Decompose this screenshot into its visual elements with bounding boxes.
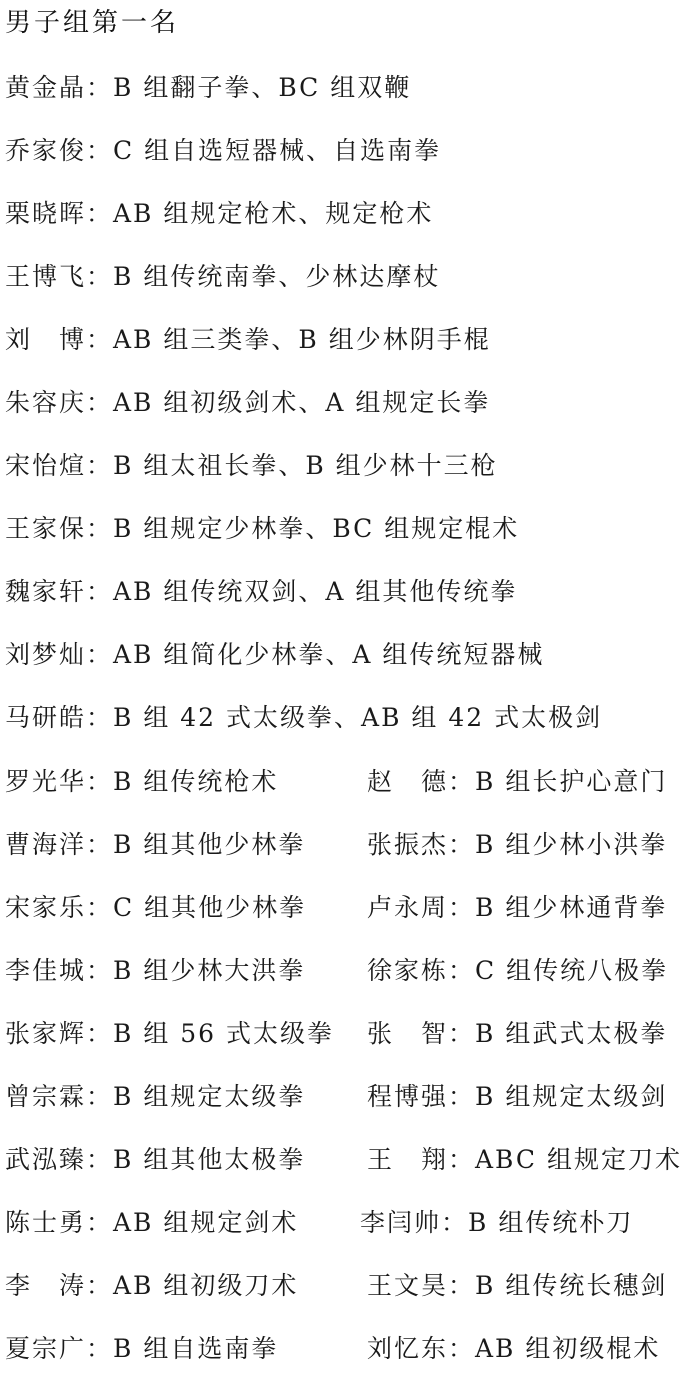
result-left: 李佳城：B 组少林大洪拳	[5, 954, 305, 988]
result-line: 栗晓晖：AB 组规定枪术、规定枪术	[5, 197, 433, 231]
result-line: 朱容庆：AB 组初级剑术、A 组规定长拳	[5, 386, 490, 420]
result-row: 张家辉：B 组 56 式太级拳 张 智：B 组武式太极拳	[0, 1017, 700, 1051]
result-right: 程博强：B 组规定太级剑	[367, 1080, 667, 1114]
result-left: 罗光华：B 组传统枪术	[5, 765, 278, 799]
result-row: 曾宗霖：B 组规定太级拳 程博强：B 组规定太级剑	[0, 1080, 700, 1114]
result-line: 黄金晶：B 组翻子拳、BC 组双鞭	[5, 71, 411, 105]
result-left: 曾宗霖：B 组规定太级拳	[5, 1080, 305, 1114]
result-row: 李 涛：AB 组初级刀术 王文昊：B 组传统长穗剑	[0, 1269, 700, 1303]
result-line: 王博飞：B 组传统南拳、少林达摩杖	[5, 260, 440, 294]
result-left: 陈士勇：AB 组规定剑术	[5, 1206, 298, 1240]
result-line: 乔家俊：C 组自选短器械、自选南拳	[5, 134, 441, 168]
result-left: 武泓臻：B 组其他太极拳	[5, 1143, 305, 1177]
result-left: 张家辉：B 组 56 式太级拳	[5, 1017, 334, 1051]
result-left: 曹海洋：B 组其他少林拳	[5, 828, 305, 862]
result-line: 刘梦灿：AB 组简化少林拳、A 组传统短器械	[5, 638, 544, 672]
result-right: 张 智：B 组武式太极拳	[367, 1017, 667, 1051]
result-right: 王文昊：B 组传统长穗剑	[367, 1269, 667, 1303]
result-left: 李 涛：AB 组初级刀术	[5, 1269, 298, 1303]
result-right: 赵 德：B 组长护心意门	[367, 765, 667, 799]
result-line: 刘 博：AB 组三类拳、B 组少林阴手棍	[5, 323, 491, 357]
result-row: 夏宗广：B 组自选南拳 刘忆东：AB 组初级棍术	[0, 1332, 700, 1366]
result-row: 罗光华：B 组传统枪术 赵 德：B 组长护心意门	[0, 765, 700, 799]
result-row: 宋家乐：C 组其他少林拳 卢永周：B 组少林通背拳	[0, 891, 700, 925]
result-line: 马研皓：B 组 42 式太级拳、AB 组 42 式太极剑	[5, 701, 602, 735]
result-right: 刘忆东：AB 组初级棍术	[367, 1332, 660, 1366]
result-row: 武泓臻：B 组其他太极拳 王 翔：ABC 组规定刀术	[0, 1143, 700, 1177]
result-row: 曹海洋：B 组其他少林拳 张振杰：B 组少林小洪拳	[0, 828, 700, 862]
result-row: 李佳城：B 组少林大洪拳 徐家栋：C 组传统八极拳	[0, 954, 700, 988]
result-line: 王家保：B 组规定少林拳、BC 组规定棍术	[5, 512, 519, 546]
result-line: 魏家轩：AB 组传统双剑、A 组其他传统拳	[5, 575, 517, 609]
result-left: 夏宗广：B 组自选南拳	[5, 1332, 278, 1366]
result-right: 卢永周：B 组少林通背拳	[367, 891, 667, 925]
result-left: 宋家乐：C 组其他少林拳	[5, 891, 306, 925]
result-right: 徐家栋：C 组传统八极拳	[367, 954, 668, 988]
result-line: 宋怡煊：B 组太祖长拳、B 组少林十三枪	[5, 449, 498, 483]
result-right: 王 翔：ABC 组规定刀术	[367, 1143, 682, 1177]
result-right: 张振杰：B 组少林小洪拳	[367, 828, 667, 862]
result-row: 陈士勇：AB 组规定剑术 李闫帅：B 组传统朴刀	[0, 1206, 700, 1240]
section-title: 男子组第一名	[5, 6, 179, 40]
result-right: 李闫帅：B 组传统朴刀	[360, 1206, 633, 1240]
